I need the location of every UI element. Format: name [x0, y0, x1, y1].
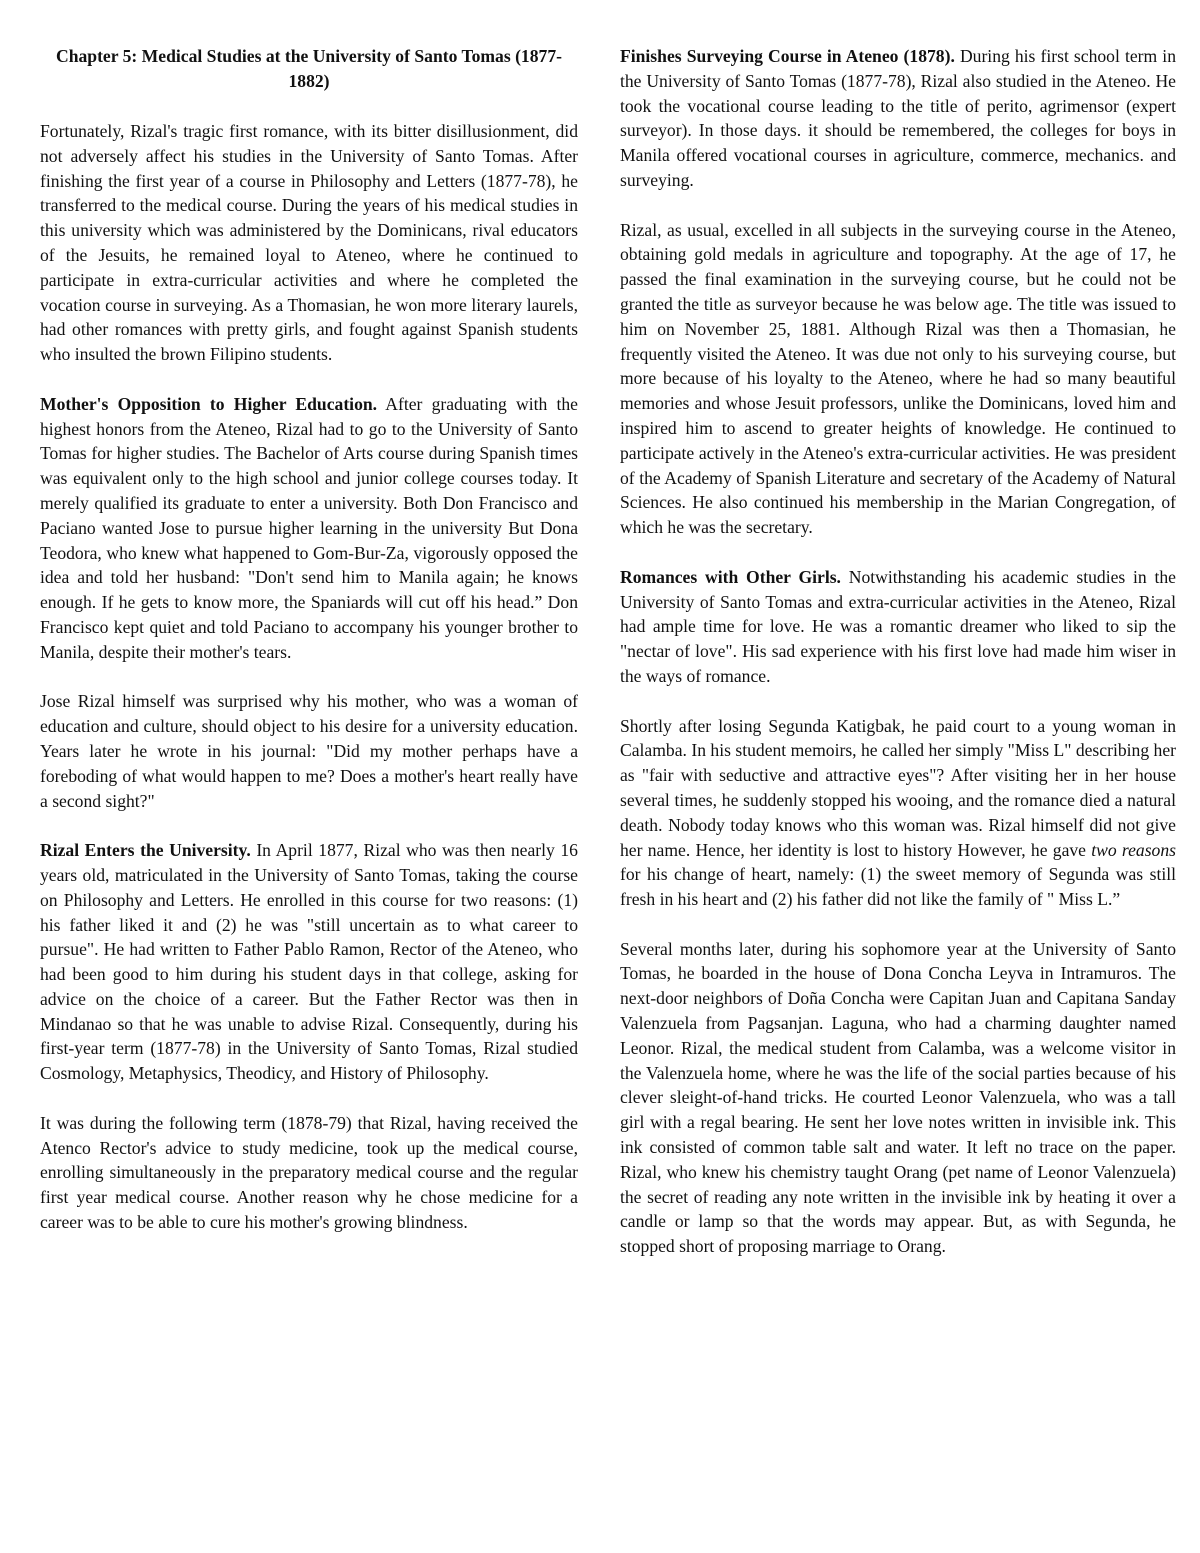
enters-university-paragraph: Rizal Enters the University. In April 18…	[40, 838, 578, 1086]
journal-paragraph: Jose Rizal himself was surprised why his…	[40, 689, 578, 813]
chapter-title: Chapter 5: Medical Studies at the Univer…	[40, 44, 578, 94]
surveying-paragraph: Finishes Surveying Course in Ateneo (187…	[620, 44, 1176, 193]
romances-paragraph: Romances with Other Girls. Notwithstandi…	[620, 565, 1176, 689]
leonor-paragraph: Several months later, during his sophomo…	[620, 937, 1176, 1259]
paragraph-body: In April 1877, Rizal who was then nearly…	[40, 840, 578, 1083]
section-heading-enters-university: Rizal Enters the University.	[40, 840, 251, 860]
section-heading-surveying: Finishes Surveying Course in Ateneo (187…	[620, 46, 955, 66]
medicine-paragraph: It was during the following term (1878-7…	[40, 1111, 578, 1235]
miss-l-paragraph: Shortly after losing Segunda Katigbak, h…	[620, 714, 1176, 912]
mother-opposition-paragraph: Mother's Opposition to Higher Education.…	[40, 392, 578, 665]
paragraph-body: During his first school term in the Univ…	[620, 46, 1176, 190]
intro-paragraph: Fortunately, Rizal's tragic first romanc…	[40, 119, 578, 367]
document-page: Chapter 5: Medical Studies at the Univer…	[40, 44, 1176, 1284]
italic-emphasis: two reasons	[1091, 840, 1176, 860]
paragraph-body: After graduating with the highest honors…	[40, 394, 578, 662]
section-heading-mother-opposition: Mother's Opposition to Higher Education.	[40, 394, 377, 414]
section-heading-romances: Romances with Other Girls.	[620, 567, 841, 587]
right-column: Finishes Surveying Course in Ateneo (187…	[620, 44, 1176, 1284]
left-column: Chapter 5: Medical Studies at the Univer…	[40, 44, 578, 1284]
excelled-paragraph: Rizal, as usual, excelled in all subject…	[620, 218, 1176, 540]
paragraph-text: Shortly after losing Segunda Katigbak, h…	[620, 716, 1176, 860]
paragraph-text: for his change of heart, namely: (1) the…	[620, 864, 1176, 909]
